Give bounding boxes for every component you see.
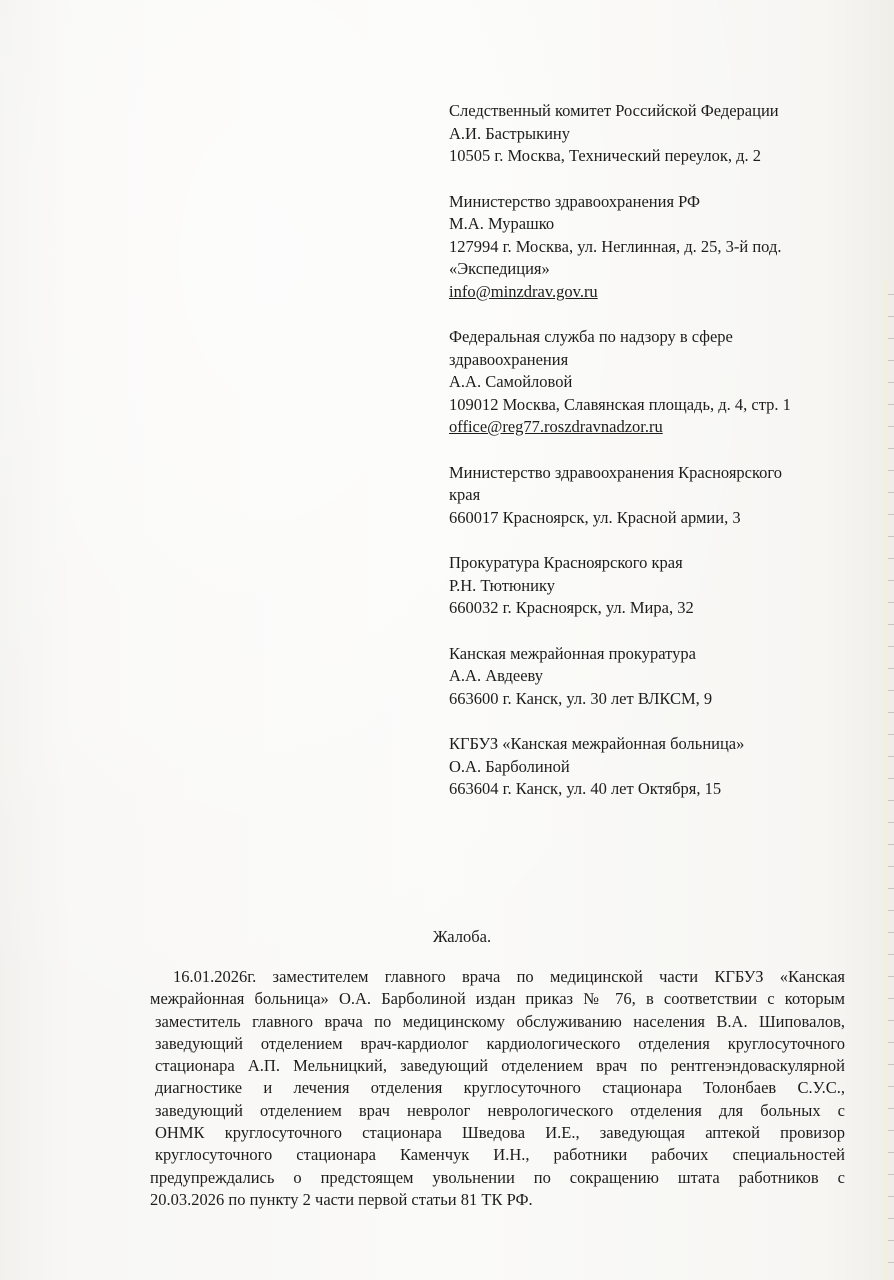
addressee-address: 109012 Москва, Славянская площадь, д. 4,… — [449, 394, 849, 417]
document-title: Жалоба. — [0, 927, 894, 947]
addressee-person: А.А. Самойловой — [449, 371, 849, 394]
addressee-organization-line-2: здравоохранения — [449, 349, 849, 372]
body-line: 20.03.2026 по пункту 2 части первой стат… — [150, 1189, 845, 1211]
addressee-ministry-of-health: Министерство здравоохранения РФ М.А. Мур… — [449, 191, 849, 304]
addressee-organization: Федеральная служба по надзору в сфере — [449, 326, 849, 349]
body-line: межрайонная больница» О.А. Барболиной из… — [150, 988, 845, 1010]
addressee-address: 660032 г. Красноярск, ул. Мира, 32 — [449, 597, 849, 620]
addressee-address-line-2: «Экспедиция» — [449, 258, 849, 281]
addressee-organization: Министерство здравоохранения Красноярско… — [449, 462, 849, 485]
addressee-address: 663600 г. Канск, ул. 30 лет ВЛКСМ, 9 — [449, 688, 849, 711]
body-line: заместитель главного врача по медицинско… — [155, 1011, 845, 1033]
complaint-body: 16.01.2026г. заместителем главного врача… — [155, 966, 845, 1211]
body-line: предупреждались о предстоящем увольнении… — [150, 1167, 845, 1189]
addressee-investigative-committee: Следственный комитет Российской Федераци… — [449, 100, 849, 168]
addressee-organization: Канская межрайонная прокуратура — [449, 643, 849, 666]
addressee-organization: Министерство здравоохранения РФ — [449, 191, 849, 214]
addressee-block: Следственный комитет Российской Федераци… — [449, 100, 849, 824]
body-line: заведующий отделением врач-кардиолог кар… — [155, 1033, 845, 1055]
addressee-person: Р.Н. Тютюнику — [449, 575, 849, 598]
body-line: стационара А.П. Мельницкий, заведующий о… — [155, 1055, 845, 1077]
addressee-roszdravnadzor: Федеральная служба по надзору в сфере зд… — [449, 326, 849, 439]
addressee-krasnoyarsk-prosecutor: Прокуратура Красноярского края Р.Н. Тютю… — [449, 552, 849, 620]
addressee-person: А.И. Бастрыкину — [449, 123, 849, 146]
addressee-address: 10505 г. Москва, Технический переулок, д… — [449, 145, 849, 168]
addressee-person: А.А. Авдееву — [449, 665, 849, 688]
addressee-address: 663604 г. Канск, ул. 40 лет Октября, 15 — [449, 778, 849, 801]
body-line: ОНМК круглосуточного стационара Шведова … — [155, 1122, 845, 1144]
addressee-address: 660017 Красноярск, ул. Красной армии, 3 — [449, 507, 849, 530]
addressee-email-link[interactable]: info@minzdrav.gov.ru — [449, 281, 849, 304]
addressee-address: 127994 г. Москва, ул. Неглинная, д. 25, … — [449, 236, 849, 259]
addressee-organization: КГБУЗ «Канская межрайонная больница» — [449, 733, 849, 756]
scanned-page: Следственный комитет Российской Федераци… — [0, 0, 894, 1280]
body-line: круглосуточного стационара Каменчук И.Н.… — [155, 1144, 845, 1166]
addressee-email-link[interactable]: office@reg77.roszdravnadzor.ru — [449, 416, 849, 439]
page-edge-shadow — [884, 280, 894, 1280]
addressee-organization: Прокуратура Красноярского края — [449, 552, 849, 575]
body-line: 16.01.2026г. заместителем главного врача… — [155, 966, 845, 988]
addressee-krasnoyarsk-ministry-of-health: Министерство здравоохранения Красноярско… — [449, 462, 849, 530]
addressee-kansk-prosecutor: Канская межрайонная прокуратура А.А. Авд… — [449, 643, 849, 711]
addressee-person: М.А. Мурашко — [449, 213, 849, 236]
body-line: заведующий отделением врач невролог невр… — [155, 1100, 845, 1122]
addressee-kansk-hospital: КГБУЗ «Канская межрайонная больница» О.А… — [449, 733, 849, 801]
addressee-organization-line-2: края — [449, 484, 849, 507]
addressee-organization: Следственный комитет Российской Федераци… — [449, 100, 849, 123]
addressee-person: О.А. Барболиной — [449, 756, 849, 779]
body-line: диагностике и лечения отделения круглосу… — [155, 1077, 845, 1099]
